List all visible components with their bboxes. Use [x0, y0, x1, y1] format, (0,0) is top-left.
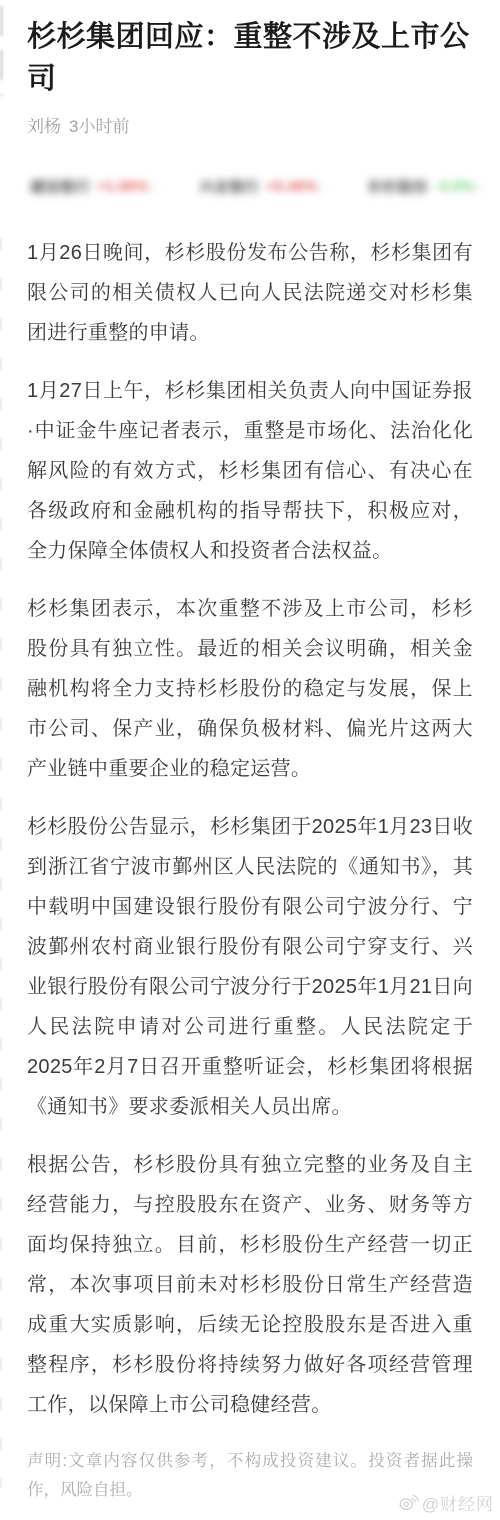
stock-chip[interactable]: 杉杉股份 -4.5% ›	[368, 176, 482, 197]
left-edge-artifact	[0, 6, 3, 96]
chevron-right-icon: ›	[151, 178, 156, 194]
stock-name: 兴业银行	[199, 176, 259, 197]
publish-time: 3小时前	[69, 117, 129, 136]
left-edge-artifact-ticks	[0, 238, 2, 1488]
stock-chip[interactable]: 建设银行 +1.06% ›	[30, 176, 156, 197]
article-title: 杉杉集团回应：重整不涉及上市公司	[0, 0, 500, 100]
paragraph-2: 1月27日上午，杉杉集团相关负责人向中国证券报·中证金牛座记者表示，重整是市场化…	[27, 371, 473, 571]
chevron-right-icon: ›	[477, 178, 482, 194]
author-name: 刘杨	[27, 117, 61, 136]
stock-change: +1.06%	[97, 178, 148, 195]
paragraph-1: 1月26日晚间，杉杉股份发布公告称，杉杉集团有限公司的相关债权人已向人民法院递交…	[27, 233, 473, 353]
stock-chip[interactable]: 兴业银行 +0.46% ›	[199, 176, 325, 197]
source-watermark: @财经网	[399, 1490, 494, 1515]
stock-name: 建设银行	[30, 176, 90, 197]
article-body: 1月26日晚间，杉杉股份发布公告称，杉杉集团有限公司的相关债权人已向人民法院递交…	[0, 207, 500, 1505]
article-page: 杉杉集团回应：重整不涉及上市公司 刘杨3小时前 建设银行 +1.06% › 兴业…	[0, 0, 500, 1520]
watermark-text: @财经网	[422, 1490, 494, 1515]
stock-change: +0.46%	[266, 178, 317, 195]
paragraph-3: 杉杉集团表示，本次重整不涉及上市公司，杉杉股份具有独立性。最近的相关会议明确，相…	[27, 589, 473, 789]
stock-change: -4.5%	[435, 178, 474, 195]
stock-ticker-row: 建设银行 +1.06% › 兴业银行 +0.46% › 杉杉股份 -4.5% ›	[0, 165, 500, 207]
paragraph-5: 根据公告，杉杉股份具有独立完整的业务及自主经营能力，与控股股东在资产、业务、财务…	[27, 1145, 473, 1425]
byline: 刘杨3小时前	[0, 100, 500, 137]
weibo-logo-icon	[399, 1494, 419, 1511]
stock-name: 杉杉股份	[368, 176, 428, 197]
paragraph-4: 杉杉股份公告显示，杉杉集团于2025年1月23日收到浙江省宁波市鄞州区人民法院的…	[27, 807, 473, 1127]
chevron-right-icon: ›	[320, 178, 325, 194]
